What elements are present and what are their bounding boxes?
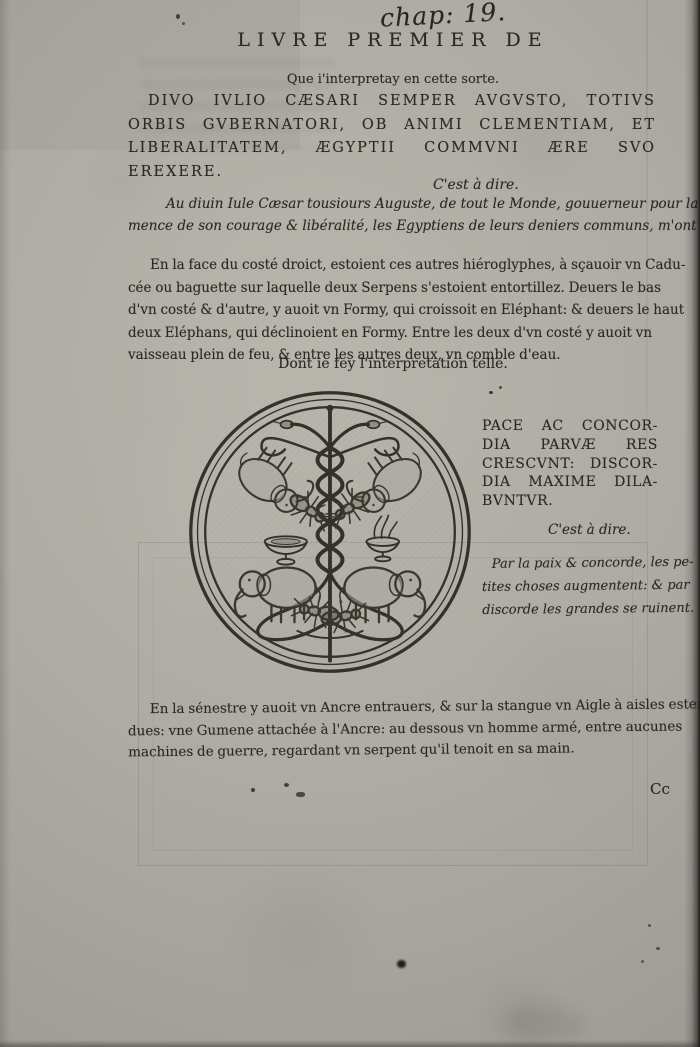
hieroglyph-paragraph: En la face du costé droict, estoient ces…: [128, 254, 668, 367]
ink-speck: [656, 947, 660, 950]
handwritten-chapter-note: chap: 19.: [379, 0, 520, 33]
ink-speck: [397, 960, 406, 968]
paragraph-line: En la face du costé droict, estoient ces…: [128, 254, 668, 277]
ink-mark-scribble: [251, 788, 255, 792]
translation-line: Au diuin Iule Cæsar tousiours Auguste, d…: [128, 193, 668, 215]
paper-grain-texture: [0, 0, 300, 150]
anchor-paragraph: En la sénestre y auoit vn Ancre entrauer…: [128, 695, 674, 764]
translation-line: tites choses augmentent: & par: [482, 574, 664, 599]
cest-a-dire-first: C'est à dire.: [433, 177, 519, 193]
translation-line: Par la paix & concorde, les pe-: [482, 551, 664, 576]
paragraph-line: cée ou baguette sur laquelle deux Serpen…: [128, 277, 668, 300]
caduceus-elephants-ants-medallion-icon: [186, 388, 474, 676]
motto-line: DIA PARVÆ RES: [482, 436, 658, 455]
interpretation-line: Dont ie fey l'interpretation telle.: [128, 356, 658, 372]
french-translation-second: Par la paix & concorde, les pe- tites ch…: [482, 551, 665, 622]
woodcut-medallion: [186, 388, 474, 676]
motto-line: DIA MAXIME DILA-: [482, 473, 658, 492]
ink-speck: [641, 960, 644, 963]
paragraph-line: d'vn costé & d'autre, y auoit vn Formy, …: [128, 299, 668, 322]
cest-a-dire-second: C'est à dire.: [548, 522, 631, 538]
paragraph-line: deux Eléphans, qui déclinoient en Formy.…: [128, 322, 668, 345]
ink-speck: [648, 924, 651, 927]
latin-line: EREXERE.: [128, 161, 656, 185]
motto-line: CRESCVNT: DISCOR-: [482, 455, 658, 474]
translation-line: mence de son courage & libéralité, les E…: [128, 215, 668, 237]
ink-mark-scribble: [296, 792, 305, 797]
scanned-book-page: chap: 19. LIVRE PREMIER DE Que i'interpr…: [0, 0, 700, 1047]
emblem-motto: PACE AC CONCOR- DIA PARVÆ RES CRESCVNT: …: [482, 417, 658, 511]
book-binding-edge: [684, 0, 700, 1047]
ink-speck: [499, 386, 502, 389]
page-left-edge-shadow: [0, 0, 10, 1047]
signature-mark: Cc: [650, 780, 670, 798]
ink-mark-scribble: [284, 783, 289, 787]
french-translation-first: Au diuin Iule Cæsar tousiours Auguste, d…: [128, 193, 668, 237]
ink-smudge: [505, 1008, 585, 1040]
page-bottom-edge-shadow: [0, 1040, 700, 1047]
motto-line: BVNTVR.: [482, 492, 658, 511]
ink-speck: [489, 391, 493, 394]
motto-line: PACE AC CONCOR-: [482, 417, 658, 436]
translation-line: discorde les grandes se ruinent.: [482, 597, 664, 622]
